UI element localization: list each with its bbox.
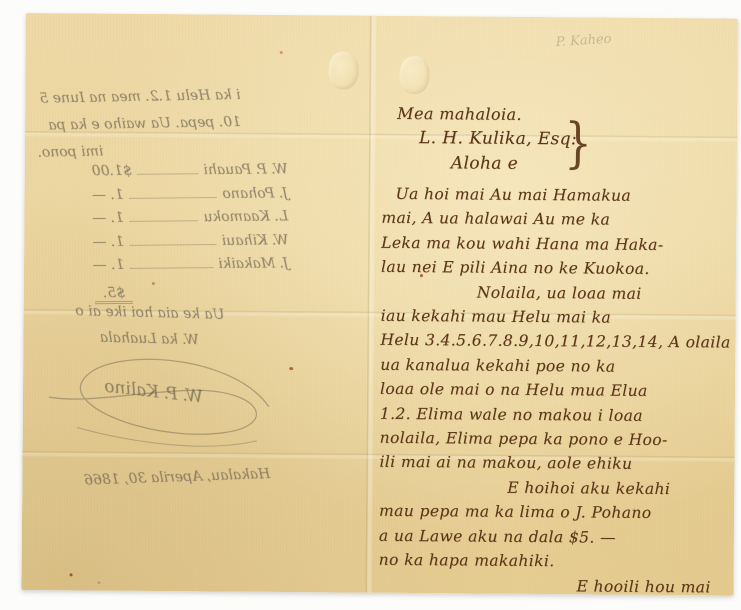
- ledger-amount: 1. —: [92, 233, 124, 249]
- body-line: Helu 3.4.5.6.7.8.9,10,11,12,13,14, A ola…: [380, 328, 736, 355]
- salutation-line: Mea mahaloia.: [397, 104, 522, 124]
- bleedthrough-note-line: i ka Helu 1.2. mea na Iune 5: [32, 82, 240, 113]
- ledger-row: L. Kaamoku 1. —: [92, 208, 288, 233]
- ledger-name: J. Pohano: [222, 185, 288, 202]
- ledger-total: $5.: [93, 283, 289, 301]
- body-line: E hooili hou mai: [378, 572, 734, 599]
- body-line: Ua hoi mai Au mai Hamakua: [381, 182, 737, 209]
- ledger-leader-line: [129, 258, 213, 269]
- body-line: a ua Lawe aku na dala $5. —: [379, 523, 735, 550]
- bleedthrough-closing-line: Ua ke aia hoi ike ai o: [48, 297, 253, 328]
- greeting-line: Aloha e: [451, 153, 518, 174]
- ledger-row: J. Makaiki 1. —: [93, 255, 289, 280]
- paper-speck: [70, 573, 73, 576]
- body-line: iau kekahi mau Helu mai ka: [381, 304, 737, 331]
- heading-brace: }: [564, 111, 592, 174]
- body-line: lau nei E pili Aina no ke Kuokoa.: [381, 255, 737, 282]
- ledger-amount: 1. —: [93, 257, 125, 273]
- body-line: ili mai ai na makou, aole ehiku: [379, 450, 735, 477]
- pencil-annotation: P. Kaheo: [555, 32, 612, 50]
- ledger-name: W. P. Pauahi: [203, 161, 287, 178]
- embossed-seal-mark: [328, 51, 358, 89]
- body-line: mai, A ua halawai Au me ka: [381, 206, 737, 233]
- paper-speck: [289, 367, 293, 370]
- ledger-row: J. Pohano 1. —: [92, 185, 288, 210]
- ledger-leader-line: [129, 234, 217, 245]
- ledger-leader-line: [137, 164, 199, 175]
- ledger-name: J. Makaiki: [218, 255, 289, 272]
- paper-speck: [98, 582, 101, 584]
- body-line: mau pepa ma ka lima o J. Pohano: [379, 499, 735, 526]
- ledger-name: W. Kihaui: [222, 232, 289, 249]
- ledger-name: L. Kaamoku: [204, 208, 289, 225]
- bleedthrough-signature: W. P. Kalino: [37, 343, 288, 457]
- bleedthrough-ledger: W. P. Pauahi $1.00 J. Pohano 1. — L. Kaa…: [92, 161, 289, 300]
- embossed-seal-mark: [399, 56, 429, 94]
- letter-scan: P. Kaheo Mea mahaloia. L. H. Kulika, Esq…: [0, 0, 741, 610]
- addressee-line: L. H. Kulika, Esq:: [419, 128, 577, 149]
- paper-speck: [420, 274, 423, 277]
- body-line: 1.2. Elima wale no makou i loaa: [380, 401, 736, 428]
- bleedthrough-note: i ka Helu 1.2. mea na Iune 5 10. pepa. U…: [32, 82, 241, 167]
- bleedthrough-note-line: 10. pepa. Ua waiho e ka pa: [33, 109, 241, 140]
- body-line: no ka hapa makahiki.: [379, 548, 735, 575]
- letter-paper-sheet: P. Kaheo Mea mahaloia. L. H. Kulika, Esq…: [21, 13, 738, 596]
- center-fold-crease: [365, 16, 377, 593]
- bleedthrough-dateline: Hakalau, Aperila 30, 1866: [42, 466, 270, 490]
- body-line: ua kanalua kekahi poe no ka: [380, 353, 736, 380]
- ledger-amount: 1. —: [92, 186, 124, 202]
- body-line: nolaila, Elima pepa ka pono e Hoo-: [380, 426, 736, 453]
- paper-speck: [280, 51, 283, 54]
- body-line: Nolaila, ua loaa mai: [381, 279, 737, 306]
- ledger-leader-line: [129, 187, 218, 198]
- ledger-amount: $1.00: [92, 163, 132, 179]
- ledger-row: W. Kihaui 1. —: [92, 232, 288, 257]
- body-line: Leka ma kou wahi Hana ma Haka-: [381, 231, 737, 258]
- ledger-amount: 1. —: [92, 210, 124, 226]
- body-line: loaa ole mai o na Helu mua Elua: [380, 377, 736, 404]
- body-line: E hoihoi aku kekahi: [379, 475, 735, 502]
- ledger-leader-line: [129, 211, 199, 222]
- paper-speck: [152, 282, 155, 285]
- ledger-row: W. P. Pauahi $1.00: [92, 161, 288, 186]
- letter-body: Ua hoi mai Au mai Hamakua mai, A ua hala…: [378, 182, 737, 600]
